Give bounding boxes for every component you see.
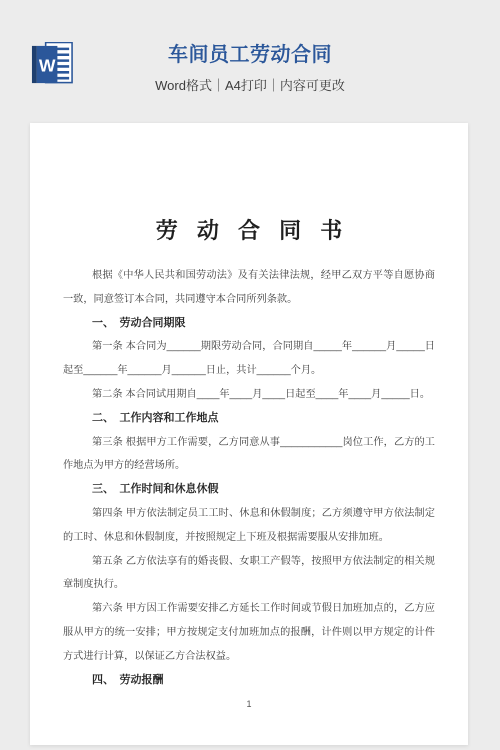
contract-clause-4: 第四条 甲方依法制定员工工时、休息和休假制度；乙方须遵守甲方依法制定的工时、休息…: [63, 502, 435, 550]
template-header: W 车间员工劳动合同 Word格式｜A4打印｜内容可更改: [0, 0, 500, 123]
section-heading-2: 二、 工作内容和工作地点: [63, 407, 435, 431]
template-subtitle: Word格式｜A4打印｜内容可更改: [0, 75, 500, 94]
contract-clause-6: 第六条 甲方因工作需要安排乙方延长工作时间或节假日加班加点的，乙方应服从甲方的统…: [63, 597, 435, 668]
section-heading-1: 一、 劳动合同期限: [63, 312, 435, 336]
section-heading-4: 四、 劳动报酬: [63, 669, 435, 693]
contract-clause-2: 第二条 本合同试用期自____年____月____日起至____年____月__…: [63, 383, 435, 407]
document-body: 根据《中华人民共和国劳动法》及有关法律法规，经甲乙双方平等自愿协商一致，同意签订…: [63, 264, 435, 692]
page-number: 1: [30, 699, 468, 709]
section-heading-3: 三、 工作时间和休息休假: [63, 478, 435, 502]
document-page-preview: 劳 动 合 同 书 根据《中华人民共和国劳动法》及有关法律法规，经甲乙双方平等自…: [30, 123, 468, 745]
contract-intro-paragraph: 根据《中华人民共和国劳动法》及有关法律法规，经甲乙双方平等自愿协商一致，同意签订…: [63, 264, 435, 312]
template-title: 车间员工劳动合同: [0, 43, 500, 67]
document-title: 劳 动 合 同 书: [63, 215, 435, 247]
contract-clause-5: 第五条 乙方依法享有的婚丧假、女职工产假等，按照甲方依法制定的相关规章制度执行。: [63, 550, 435, 598]
contract-clause-3: 第三条 根据甲方工作需要，乙方同意从事___________岗位工作，乙方的工作…: [63, 431, 435, 479]
contract-clause-1: 第一条 本合同为______期限劳动合同，合同期自_____年______月__…: [63, 335, 435, 383]
